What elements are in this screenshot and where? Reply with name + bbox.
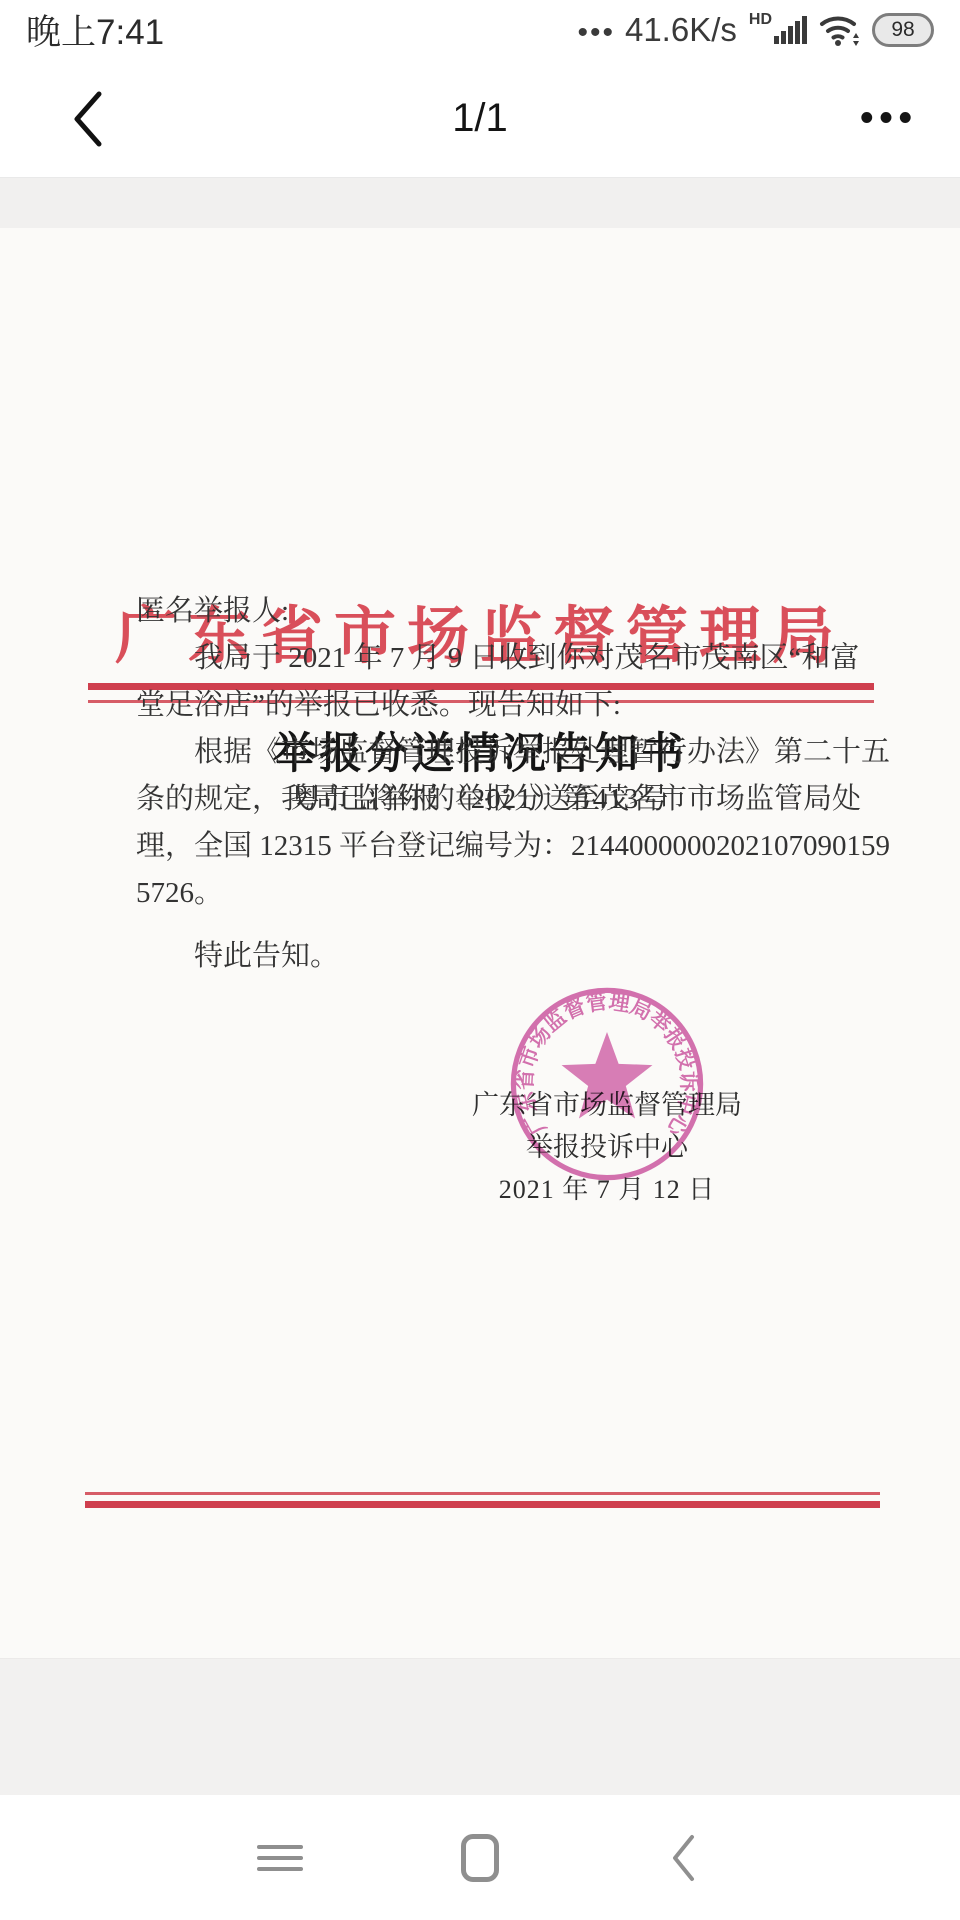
body-line: 条的规定，我局已将你的举报分送至茂名市市场监管局处	[136, 776, 864, 823]
notification-dots-icon: •••	[577, 18, 615, 48]
red-separator-bottom	[85, 1492, 880, 1508]
status-icons: ••• 41.6K/s HD 98	[577, 11, 934, 49]
body-line: 堂足浴店”的举报已收悉。现告知如下:	[136, 682, 864, 729]
nav-back-chevron-icon	[670, 1834, 696, 1882]
more-options-button[interactable]: •••	[860, 60, 918, 177]
body-line: 理，全国 12315 平台登记编号为：214400000020210709015…	[136, 823, 864, 870]
viewer-margin-bottom	[0, 1658, 960, 1797]
recents-menu-icon	[257, 1838, 303, 1878]
nav-back-button[interactable]	[623, 1795, 743, 1920]
battery-indicator: 98	[872, 13, 934, 47]
home-button[interactable]	[420, 1795, 540, 1920]
viewer-margin-top	[0, 178, 960, 229]
recents-button[interactable]	[220, 1795, 340, 1920]
body-line: 根据《市场监督管理投诉举报处理暂行办法》第二十五	[136, 729, 864, 776]
signal-bars-icon	[774, 14, 808, 46]
seal-star-icon	[562, 1032, 653, 1119]
clock: 晚上7:41	[26, 5, 164, 55]
document-page[interactable]: 广东省市场监督管理局 举报分送情况告知书 粤市监举报（2021）第413号 匿名…	[0, 228, 960, 1658]
cellular-signal-icon: HD	[749, 14, 808, 46]
wifi-icon	[818, 12, 862, 48]
closing-line: 特此告知。	[136, 933, 864, 980]
hd-volte-icon: HD	[749, 12, 772, 28]
viewer-toolbar: 1/1 •••	[0, 60, 960, 178]
document-body: 匿名举报人: 我局于 2021 年 7 月 9 日收到你对茂名市茂南区“和富 堂…	[136, 588, 864, 980]
network-speed: 41.6K/s	[625, 11, 737, 49]
official-seal-stamp: 广东省市场监督管理局举报投诉中心	[503, 980, 711, 1188]
android-navigation-bar	[0, 1795, 960, 1920]
body-line: 5726。	[136, 870, 864, 917]
status-bar: 晚上7:41 ••• 41.6K/s HD 98	[0, 0, 960, 60]
body-line: 匿名举报人:	[136, 588, 864, 635]
page-indicator: 1/1	[0, 60, 960, 177]
body-line: 我局于 2021 年 7 月 9 日收到你对茂名市茂南区“和富	[136, 635, 864, 682]
home-icon	[461, 1834, 499, 1882]
